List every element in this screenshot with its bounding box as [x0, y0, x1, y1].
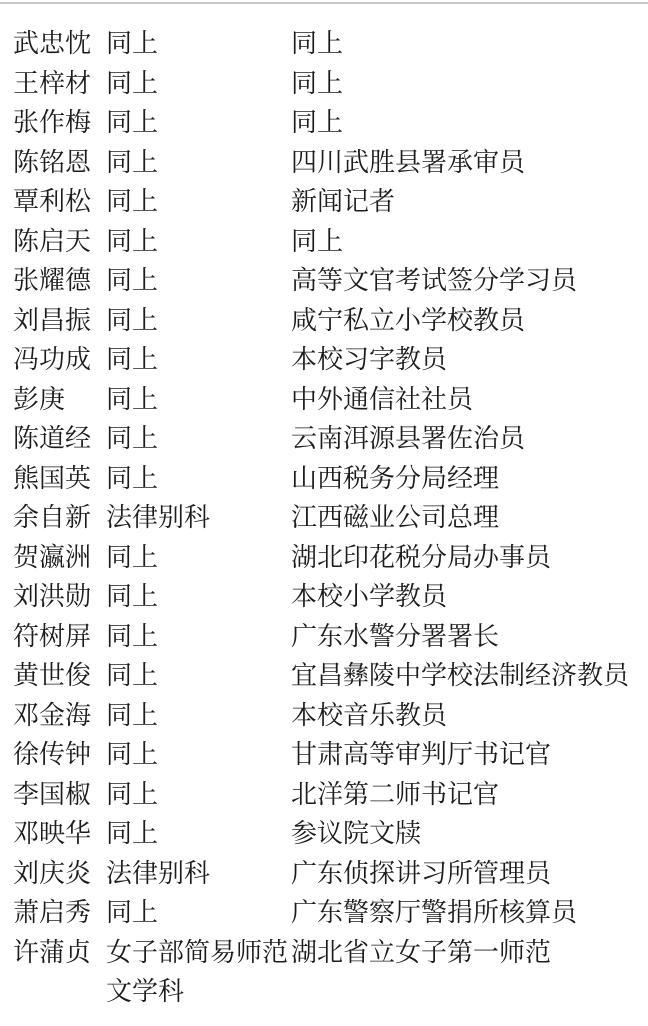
occupation-cell: 本校小学教员 [291, 577, 648, 617]
name-cell: 覃利松 [13, 182, 106, 222]
department-cell: 同上 [106, 182, 291, 222]
table-row: 邓金海 同上 本校音乐教员 [0, 696, 648, 736]
name-cell: 余自新 [13, 498, 106, 538]
name-cell: 徐传钟 [13, 735, 106, 775]
name-cell: 张耀德 [13, 261, 106, 301]
name-cell: 陈启天 [13, 222, 106, 262]
department-cell: 法律别科 [106, 498, 291, 538]
occupation-cell: 同上 [291, 64, 648, 104]
department-cell: 同上 [106, 103, 291, 143]
department-cell: 法律别科 [106, 854, 291, 894]
table-row: 陈铭恩 同上 四川武胜县署承审员 [0, 143, 648, 183]
department-cell: 同上 [106, 143, 291, 183]
name-cell: 张作梅 [13, 103, 106, 143]
name-cell: 熊国英 [13, 459, 106, 499]
table-row: 许蒲贞 女子部简易师范文学科 湖北省立女子第一师范 [0, 933, 648, 1012]
department-cell: 同上 [106, 64, 291, 104]
occupation-cell: 咸宁私立小学校教员 [291, 301, 648, 341]
occupation-cell: 湖北印花税分局办事员 [291, 538, 648, 578]
department-cell: 同上 [106, 261, 291, 301]
table-row: 张作梅 同上 同上 [0, 103, 648, 143]
name-cell: 武忠忱 [13, 24, 106, 64]
name-cell: 冯功成 [13, 340, 106, 380]
department-cell: 同上 [106, 775, 291, 815]
table-row: 武忠忱 同上 同上 [0, 24, 648, 64]
table-row: 覃利松 同上 新闻记者 [0, 182, 648, 222]
name-cell: 陈铭恩 [13, 143, 106, 183]
table-row: 萧启秀 同上 广东警察厅警捐所核算员 [0, 893, 648, 933]
name-cell: 王梓材 [13, 64, 106, 104]
table-row: 陈启天 同上 同上 [0, 222, 648, 262]
department-cell: 同上 [106, 459, 291, 499]
name-cell: 刘洪勋 [13, 577, 106, 617]
table-row: 彭庚 同上 中外通信社社员 [0, 380, 648, 420]
occupation-cell: 宜昌彝陵中学校法制经济教员 [291, 656, 648, 696]
occupation-cell: 山西税务分局经理 [291, 459, 648, 499]
table-row: 邓映华 同上 参议院文牍 [0, 814, 648, 854]
department-cell: 同上 [106, 340, 291, 380]
department-cell: 同上 [106, 222, 291, 262]
department-cell: 同上 [106, 617, 291, 657]
department-cell: 同上 [106, 893, 291, 933]
department-cell: 同上 [106, 419, 291, 459]
table-row: 刘昌振 同上 咸宁私立小学校教员 [0, 301, 648, 341]
name-cell: 符树屏 [13, 617, 106, 657]
department-cell: 同上 [106, 696, 291, 736]
department-cell: 同上 [106, 735, 291, 775]
occupation-cell: 同上 [291, 222, 648, 262]
name-cell: 彭庚 [13, 380, 106, 420]
table-row: 贺瀛洲 同上 湖北印花税分局办事员 [0, 538, 648, 578]
occupation-cell: 同上 [291, 103, 648, 143]
table-row: 李国椒 同上 北洋第二师书记官 [0, 775, 648, 815]
roster-table: 武忠忱 同上 同上 王梓材 同上 同上 张作梅 同上 同上 陈铭恩 同上 四川武… [0, 24, 648, 1012]
name-cell: 贺瀛洲 [13, 538, 106, 578]
table-row: 刘洪勋 同上 本校小学教员 [0, 577, 648, 617]
occupation-cell: 本校音乐教员 [291, 696, 648, 736]
name-cell: 许蒲贞 [13, 933, 106, 973]
table-row: 张耀德 同上 高等文官考试签分学习员 [0, 261, 648, 301]
department-cell: 同上 [106, 577, 291, 617]
department-cell: 同上 [106, 656, 291, 696]
occupation-cell: 本校习字教员 [291, 340, 648, 380]
occupation-cell: 湖北省立女子第一师范 [291, 933, 648, 973]
occupation-cell: 中外通信社社员 [291, 380, 648, 420]
department-cell: 同上 [106, 814, 291, 854]
name-cell: 陈道经 [13, 419, 106, 459]
name-cell: 萧启秀 [13, 893, 106, 933]
occupation-cell: 江西磁业公司总理 [291, 498, 648, 538]
occupation-cell: 新闻记者 [291, 182, 648, 222]
department-cell: 同上 [106, 538, 291, 578]
occupation-cell: 云南洱源县署佐治员 [291, 419, 648, 459]
top-rule [0, 2, 648, 4]
table-row: 熊国英 同上 山西税务分局经理 [0, 459, 648, 499]
table-row: 余自新 法律别科 江西磁业公司总理 [0, 498, 648, 538]
occupation-cell: 甘肃高等审判厅书记官 [291, 735, 648, 775]
name-cell: 刘昌振 [13, 301, 106, 341]
department-cell: 同上 [106, 380, 291, 420]
table-row: 刘庆炎 法律别科 广东侦探讲习所管理员 [0, 854, 648, 894]
table-row: 符树屏 同上 广东水警分署署长 [0, 617, 648, 657]
occupation-cell: 高等文官考试签分学习员 [291, 261, 648, 301]
table-row: 冯功成 同上 本校习字教员 [0, 340, 648, 380]
table-row: 黄世俊 同上 宜昌彝陵中学校法制经济教员 [0, 656, 648, 696]
name-cell: 李国椒 [13, 775, 106, 815]
occupation-cell: 广东侦探讲习所管理员 [291, 854, 648, 894]
department-cell: 同上 [106, 301, 291, 341]
department-cell: 同上 [106, 24, 291, 64]
department-cell: 女子部简易师范文学科 [106, 933, 291, 1012]
table-row: 徐传钟 同上 甘肃高等审判厅书记官 [0, 735, 648, 775]
name-cell: 邓映华 [13, 814, 106, 854]
table-row: 陈道经 同上 云南洱源县署佐治员 [0, 419, 648, 459]
name-cell: 黄世俊 [13, 656, 106, 696]
name-cell: 邓金海 [13, 696, 106, 736]
name-cell: 刘庆炎 [13, 854, 106, 894]
occupation-cell: 广东警察厅警捐所核算员 [291, 893, 648, 933]
table-row: 王梓材 同上 同上 [0, 64, 648, 104]
occupation-cell: 北洋第二师书记官 [291, 775, 648, 815]
occupation-cell: 四川武胜县署承审员 [291, 143, 648, 183]
occupation-cell: 参议院文牍 [291, 814, 648, 854]
occupation-cell: 广东水警分署署长 [291, 617, 648, 657]
occupation-cell: 同上 [291, 24, 648, 64]
